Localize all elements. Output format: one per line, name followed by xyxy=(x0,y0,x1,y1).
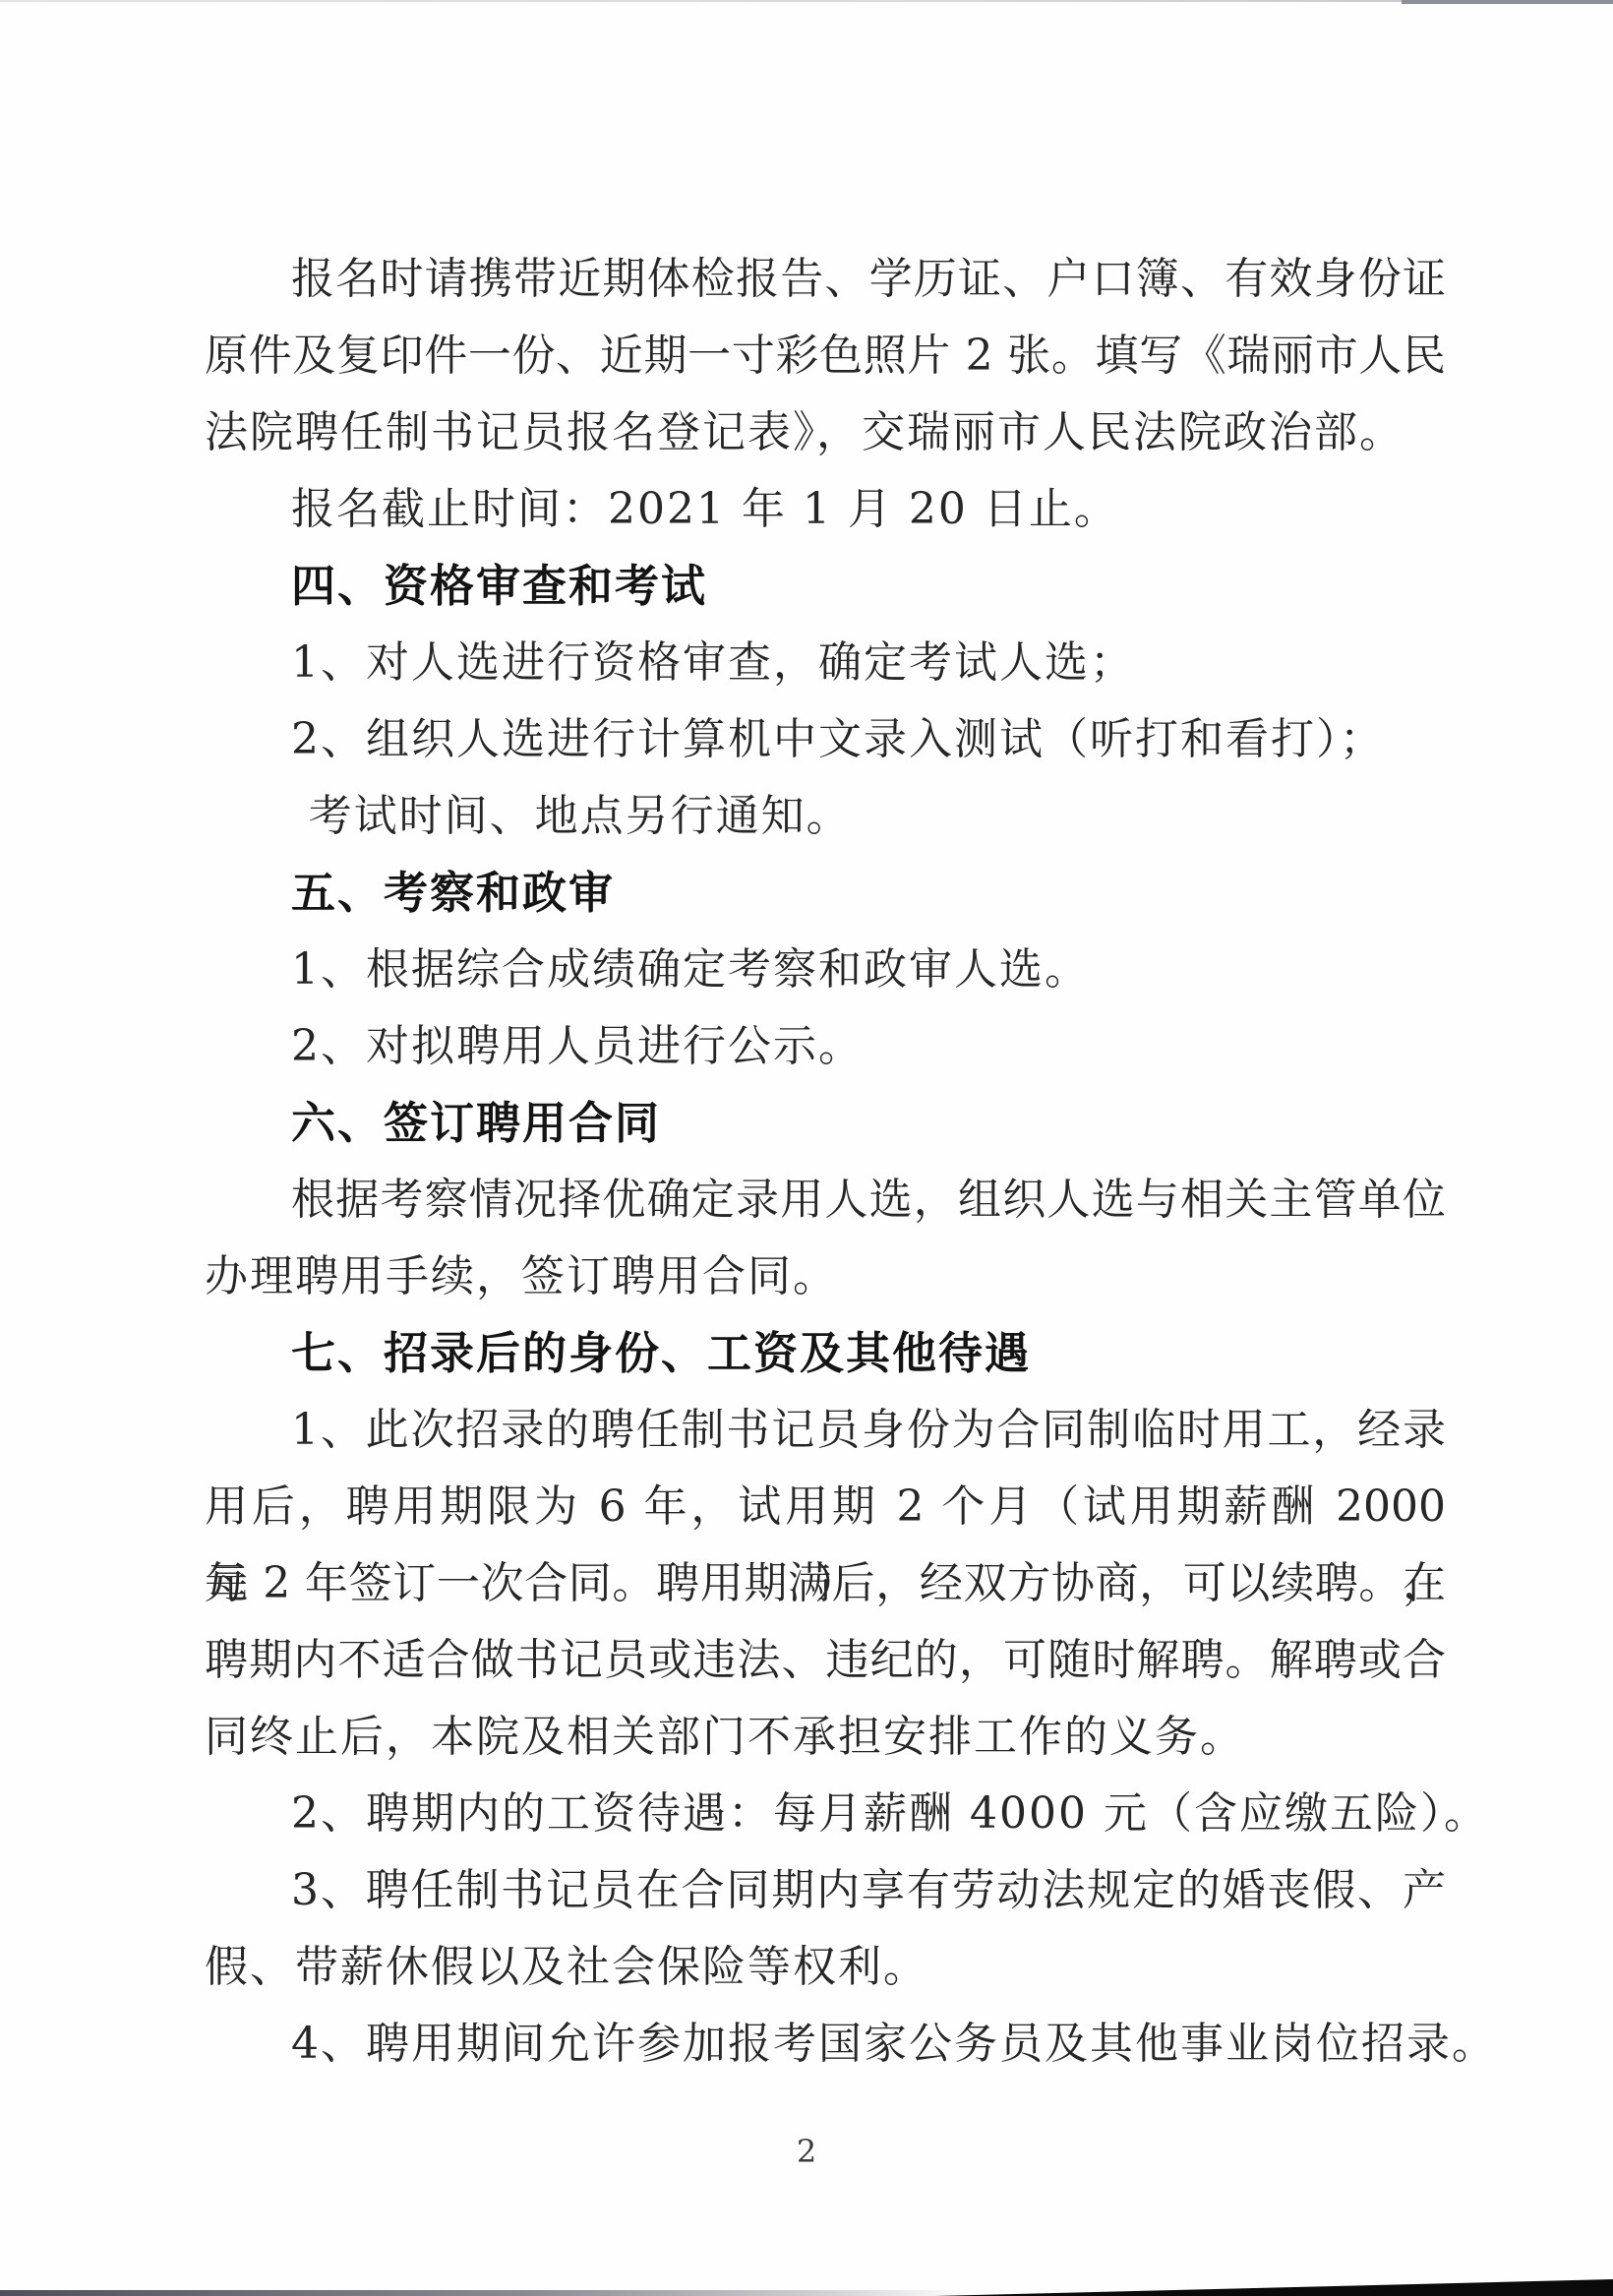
document-line: 假、带薪休假以及社会保险等权利。 xyxy=(205,1929,1446,2006)
document-line: 2、对拟聘用人员进行公示。 xyxy=(205,1008,1446,1085)
document-line: 1、此次招录的聘任制书记员身份为合同制临时用工，经录 xyxy=(205,1392,1446,1469)
document-line: 3、聘任制书记员在合同期内享有劳动法规定的婚丧假、产 xyxy=(205,1852,1446,1929)
section-heading: 四、资格审查和考试 xyxy=(205,548,1446,625)
document-body: 报名时请携带近期体检报告、学历证、户口簿、有效身份证原件及复印件一份、近期一寸彩… xyxy=(205,241,1446,2083)
document-line: 报名时请携带近期体检报告、学历证、户口簿、有效身份证 xyxy=(205,241,1446,318)
scanned-document-page: 报名时请携带近期体检报告、学历证、户口簿、有效身份证原件及复印件一份、近期一寸彩… xyxy=(0,0,1613,2296)
document-line: 根据考察情况择优确定录用人选，组织人选与相关主管单位 xyxy=(205,1162,1446,1239)
document-line: 每 2 年签订一次合同。聘用期满后，经双方协商，可以续聘。在 xyxy=(205,1545,1446,1622)
document-line: 同终止后，本院及相关部门不承担安排工作的义务。 xyxy=(205,1699,1446,1776)
document-line: 4、聘用期间允许参加报考国家公务员及其他事业岗位招录。 xyxy=(205,2006,1446,2083)
document-line: 2、组织人选进行计算机中文录入测试（听打和看打）； xyxy=(205,701,1446,778)
scan-edge-top xyxy=(0,0,1613,2)
section-heading: 五、考察和政审 xyxy=(205,855,1446,932)
scan-edge-top-right xyxy=(1402,0,1613,4)
document-line: 聘期内不适合做书记员或违法、违纪的，可随时解聘。解聘或合 xyxy=(205,1622,1446,1699)
section-heading: 六、签订聘用合同 xyxy=(205,1085,1446,1162)
scan-artifact-bottom-right xyxy=(934,2279,1613,2296)
document-line: 考试时间、地点另行通知。 xyxy=(205,778,1446,855)
section-heading: 七、招录后的身份、工资及其他待遇 xyxy=(205,1315,1446,1392)
document-line: 报名截止时间：2021 年 1 月 20 日止。 xyxy=(205,471,1446,548)
document-line: 用后，聘用期限为 6 年，试用期 2 个月（试用期薪酬 2000 元）， xyxy=(205,1469,1446,1545)
document-line: 1、根据综合成绩确定考察和政审人选。 xyxy=(205,932,1446,1008)
document-line: 办理聘用手续，签订聘用合同。 xyxy=(205,1239,1446,1315)
page-number: 2 xyxy=(0,2127,1613,2176)
document-line: 原件及复印件一份、近期一寸彩色照片 2 张。填写《瑞丽市人民 xyxy=(205,318,1446,394)
scan-artifact-bottom-left xyxy=(0,2290,964,2296)
document-line: 2、聘期内的工资待遇：每月薪酬 4000 元（含应缴五险）。 xyxy=(205,1776,1446,1852)
document-line: 1、对人选进行资格审查，确定考试人选； xyxy=(205,625,1446,701)
document-line: 法院聘任制书记员报名登记表》，交瑞丽市人民法院政治部。 xyxy=(205,394,1446,471)
